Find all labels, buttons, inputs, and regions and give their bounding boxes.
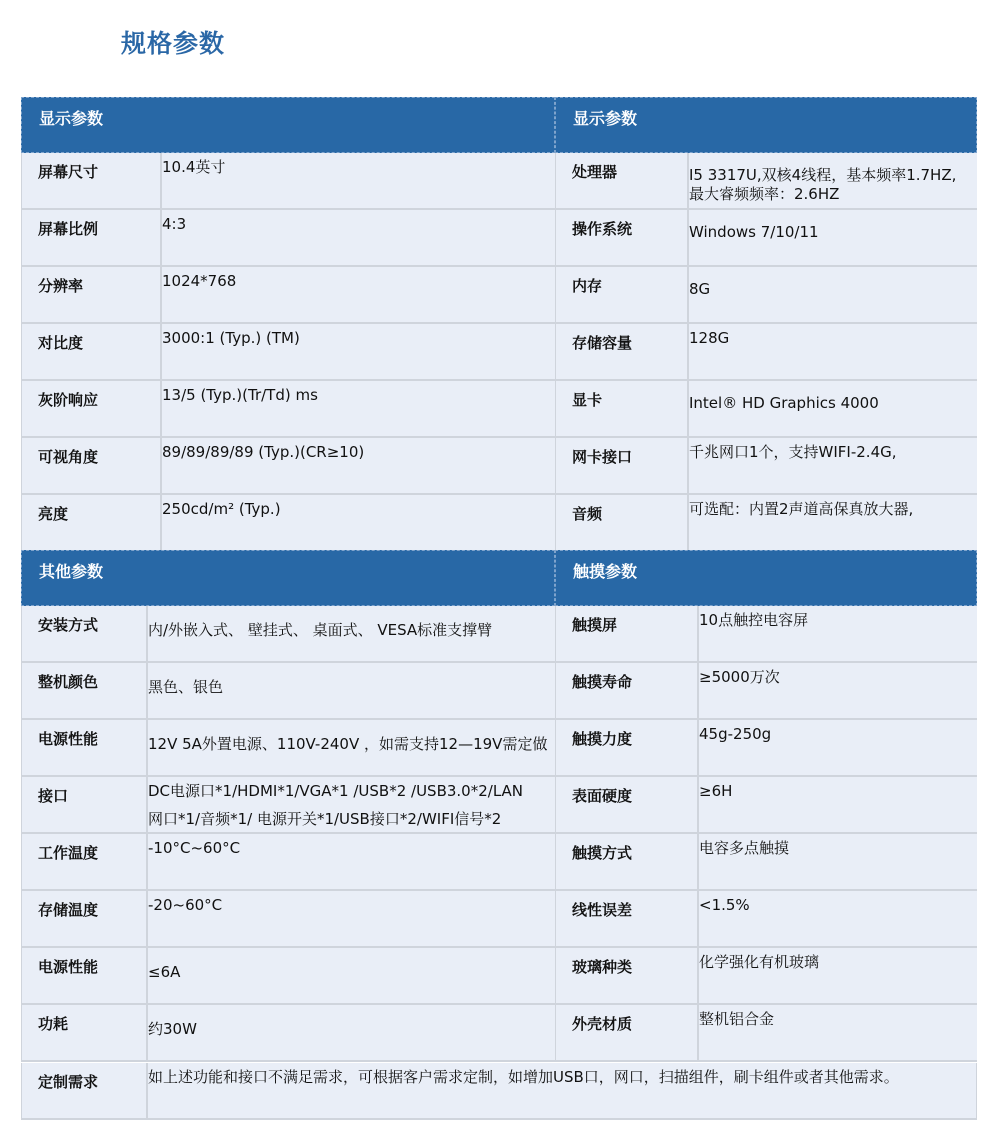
row-label: 安装方式	[38, 614, 98, 635]
section-header-label: 触摸参数	[573, 562, 637, 581]
row-label: 接口	[38, 785, 68, 806]
row-label: 线性误差	[572, 899, 632, 920]
table-row: 分辨率1024*768	[21, 267, 555, 324]
table-row: 表面硬度≥6H	[555, 777, 977, 834]
row-value: 可选配：内置2声道高保真放大器,	[689, 499, 913, 519]
row-value-line2: 网口*1/音频*1/ 电源开关*1/USB接口*2/WIFI信号*2	[148, 809, 501, 829]
row-value: 45g-250g	[699, 724, 771, 744]
table-row: 亮度250cd/m² (Typ.)	[21, 495, 555, 552]
table-row: 音频可选配：内置2声道高保真放大器,	[555, 495, 977, 552]
row-value: 250cd/m² (Typ.)	[162, 499, 281, 519]
table-row-custom: 定制需求 如上述功能和接口不满足需求，可根据客户需求定制，如增加USB口，网口，…	[21, 1063, 977, 1120]
row-value: 128G	[689, 328, 729, 348]
row-label: 玻璃种类	[572, 956, 632, 977]
row-label: 存储容量	[572, 332, 632, 353]
row-value: DC电源口*1/HDMI*1/VGA*1 /USB*2 /USB3.0*2/LA…	[148, 781, 523, 801]
section-header-label: 其他参数	[39, 562, 103, 581]
row-value: ≥5000万次	[699, 667, 780, 687]
section-header-other: 其他参数	[21, 550, 555, 606]
row-label: 内存	[572, 275, 602, 296]
table-row: 工作温度-10°C~60°C	[21, 834, 555, 891]
row-value: -20~60°C	[148, 895, 222, 915]
row-label: 对比度	[38, 332, 83, 353]
page-title: 规格参数	[121, 24, 225, 60]
row-value: 13/5 (Typ.)(Tr/Td) ms	[162, 385, 318, 405]
row-value: -10°C~60°C	[148, 838, 240, 858]
row-value: 整机铝合金	[699, 1009, 774, 1029]
table-row: 安装方式内/外嵌入式、 壁挂式、 桌面式、 VESA标准支撑臂	[21, 606, 555, 663]
table-row: 电源性能≤6A	[21, 948, 555, 1005]
row-label: 可视角度	[38, 446, 98, 467]
table-row: 外壳材质整机铝合金	[555, 1005, 977, 1062]
row-value: ≤6A	[148, 962, 180, 982]
row-value: 12V 5A外置电源、110V-240V ，如需支持12—19V需定做	[148, 734, 547, 754]
row-value: Windows 7/10/11	[689, 222, 819, 242]
row-label: 操作系统	[572, 218, 632, 239]
row-value: 3000:1 (Typ.) (TM)	[162, 328, 300, 348]
row-value: 4:3	[162, 214, 186, 234]
section-header-display: 显示参数	[21, 97, 555, 153]
table-row: 接口DC电源口*1/HDMI*1/VGA*1 /USB*2 /USB3.0*2/…	[21, 777, 555, 834]
row-value: 10点触控电容屏	[699, 610, 808, 630]
row-value-line2: 最大睿频频率：2.6HZ	[689, 184, 839, 204]
row-label: 定制需求	[38, 1071, 98, 1092]
row-label: 触摸方式	[572, 842, 632, 863]
row-value: 10.4英寸	[162, 157, 225, 177]
row-value: 黑色、银色	[148, 677, 223, 697]
section-header-touch: 触摸参数	[555, 550, 977, 606]
row-label: 外壳材质	[572, 1013, 632, 1034]
row-value: <1.5%	[699, 895, 750, 915]
table-row: 操作系统Windows 7/10/11	[555, 210, 977, 267]
row-label: 电源性能	[38, 728, 98, 749]
table-row: 玻璃种类化学强化有机玻璃	[555, 948, 977, 1005]
section-header-label: 显示参数	[573, 109, 637, 128]
row-value: 约30W	[148, 1019, 197, 1039]
table-row: 屏幕比例4:3	[21, 210, 555, 267]
row-label: 分辨率	[38, 275, 83, 296]
table-row: 触摸力度45g-250g	[555, 720, 977, 777]
row-value: 千兆网口1个，支持WIFI-2.4G,	[689, 442, 897, 462]
table-row: 对比度3000:1 (Typ.) (TM)	[21, 324, 555, 381]
row-label: 显卡	[572, 389, 602, 410]
row-label: 工作温度	[38, 842, 98, 863]
row-label: 触摸屏	[572, 614, 617, 635]
row-label: 功耗	[38, 1013, 68, 1034]
row-value: 如上述功能和接口不满足需求，可根据客户需求定制，如增加USB口，网口，扫描组件，…	[148, 1067, 899, 1087]
table-row: 可视角度89/89/89/89 (Typ.)(CR≥10)	[21, 438, 555, 495]
row-value: 8G	[689, 279, 710, 299]
table-row: 屏幕尺寸10.4英寸	[21, 153, 555, 210]
row-value: ≥6H	[699, 781, 732, 801]
row-value: 1024*768	[162, 271, 236, 291]
row-label: 电源性能	[38, 956, 98, 977]
table-row: 触摸方式电容多点触摸	[555, 834, 977, 891]
table-row: 存储温度-20~60°C	[21, 891, 555, 948]
row-label: 网卡接口	[572, 446, 632, 467]
section-header-system: 显示参数	[555, 97, 977, 153]
table-row: 内存8G	[555, 267, 977, 324]
row-value: 化学强化有机玻璃	[699, 952, 819, 972]
section-header-label: 显示参数	[39, 109, 103, 128]
table-row: 网卡接口千兆网口1个，支持WIFI-2.4G,	[555, 438, 977, 495]
table-row: 线性误差<1.5%	[555, 891, 977, 948]
table-row: 触摸寿命≥5000万次	[555, 663, 977, 720]
row-label: 处理器	[572, 161, 617, 182]
table-row: 存储容量128G	[555, 324, 977, 381]
row-label: 存储温度	[38, 899, 98, 920]
row-label: 亮度	[38, 503, 68, 524]
row-value: 电容多点触摸	[699, 838, 789, 858]
row-label: 表面硬度	[572, 785, 632, 806]
row-label: 灰阶响应	[38, 389, 98, 410]
row-value: 89/89/89/89 (Typ.)(CR≥10)	[162, 442, 364, 462]
table-row: 电源性能12V 5A外置电源、110V-240V ，如需支持12—19V需定做	[21, 720, 555, 777]
table-row: 功耗约30W	[21, 1005, 555, 1062]
row-value: I5 3317U,双核4线程，基本频率1.7HZ,	[689, 165, 956, 185]
row-label: 触摸寿命	[572, 671, 632, 692]
row-label: 屏幕尺寸	[38, 161, 98, 182]
table-row: 灰阶响应13/5 (Typ.)(Tr/Td) ms	[21, 381, 555, 438]
row-label: 整机颜色	[38, 671, 98, 692]
row-value: 内/外嵌入式、 壁挂式、 桌面式、 VESA标准支撑臂	[148, 620, 492, 640]
table-row: 触摸屏10点触控电容屏	[555, 606, 977, 663]
row-label: 触摸力度	[572, 728, 632, 749]
table-row: 显卡Intel® HD Graphics 4000	[555, 381, 977, 438]
row-label: 屏幕比例	[38, 218, 98, 239]
table-row: 处理器I5 3317U,双核4线程，基本频率1.7HZ,最大睿频频率：2.6HZ	[555, 153, 977, 210]
row-value: Intel® HD Graphics 4000	[689, 393, 879, 413]
table-row: 整机颜色黑色、银色	[21, 663, 555, 720]
row-label: 音频	[572, 503, 602, 524]
